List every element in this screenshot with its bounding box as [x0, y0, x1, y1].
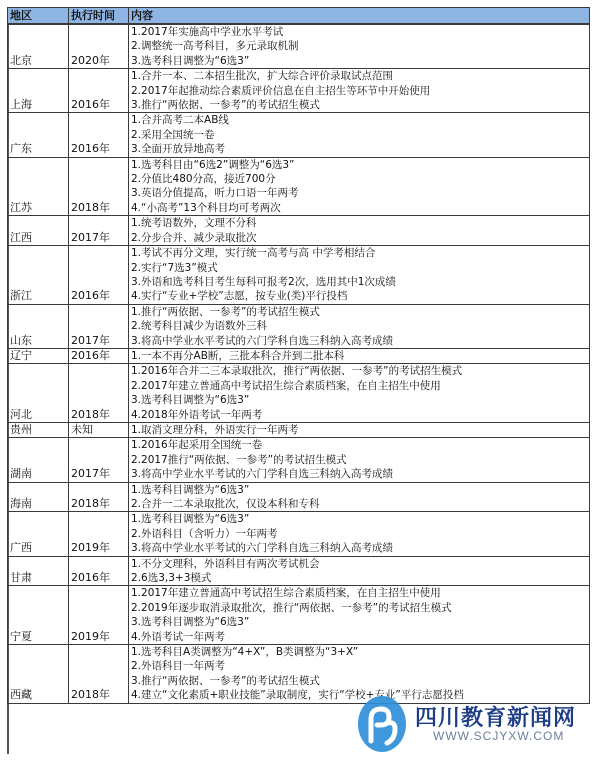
content-item: 1.2016年起采用全国统一卷 [131, 438, 587, 452]
cell-region: 广东 [8, 113, 69, 157]
cell-time: 2016年 [69, 246, 129, 305]
cell-region: 宁夏 [8, 586, 69, 645]
content-item: 2.分步合并、减少录取批次 [131, 231, 587, 245]
content-item: 3.推行“两依据、一参考”的考试招生模式 [131, 98, 587, 112]
content-item: 2.2017年建立普通高中考试招生综合素质档案，在自主招生中使用 [131, 379, 587, 393]
content-item: 3.选考科目调整为“6选3” [131, 393, 587, 407]
content-item: 2.外语科目一年两考 [131, 659, 587, 673]
cell-region: 广西 [8, 512, 69, 556]
content-item: 1.合并高考二本AB线 [131, 113, 587, 127]
content-item: 3.选考科目调整为“6选3” [131, 615, 587, 629]
content-item: 2.采用全国统一卷 [131, 128, 587, 142]
cell-region: 海南 [8, 482, 69, 512]
cell-content: 1.考试不再分文理，实行统一高考与高 中学考相结合2.实行“7选3”模式3.外语… [129, 246, 590, 305]
content-item: 2.2017年起推动综合素质评价信息在自主招生等环节中开始使用 [131, 84, 587, 98]
content-item: 1.考试不再分文理，实行统一高考与高 中学考相结合 [131, 246, 587, 260]
table-row: 宁夏2019年1.2017年建立普通高中考试招生综合素质档案，在自主招生中使用2… [8, 586, 590, 645]
cell-content: 1.2016年合并二三本录取批次，推行“两依据、一参考”的考试招生模式2.201… [129, 364, 590, 423]
cell-time: 2017年 [69, 216, 129, 246]
content-item: 3.将高中学业水平考试的六门学科自选三科纳入高考成绩 [131, 467, 587, 481]
table-body: 北京2020年1.2017年实施高中学业水平考试2.调整统一高考科目，多元录取机… [8, 24, 590, 703]
content-item: 1.2016年合并二三本录取批次，推行“两依据、一参考”的考试招生模式 [131, 364, 587, 378]
table-row: 海南2018年1.选考科目调整为“6选3”2.合并一二本录取批次，仅设本科和专科 [8, 482, 590, 512]
cell-content: 1.一本不再分AB断，三批本科合并到二批本科 [129, 348, 590, 363]
cell-content: 1.取消文理分科，外语实行一年两考 [129, 422, 590, 437]
table-row: 甘肃2016年1.不分文理科，外语科目有两次考试机会2.6选3,3+3模式 [8, 556, 590, 586]
content-item: 1.一本不再分AB断，三批本科合并到二批本科 [131, 349, 587, 363]
cell-time: 2017年 [69, 438, 129, 482]
header-time: 执行时间 [69, 8, 129, 25]
site-logo-icon [357, 695, 407, 753]
content-item: 4.实行“专业+学校”志愿，按专业(类)平行投档 [131, 289, 587, 303]
table-row: 河北2018年1.2016年合并二三本录取批次，推行“两依据、一参考”的考试招生… [8, 364, 590, 423]
cell-content: 1.选考科目由“6选2”调整为“6选3”2.分值比480分高，接近700分3.英… [129, 157, 590, 216]
cell-region: 贵州 [8, 422, 69, 437]
content-item: 3.全面开放异地高考 [131, 142, 587, 156]
content-item: 2.调整统一高考科目，多元录取机制 [131, 39, 587, 53]
cell-region: 山东 [8, 304, 69, 348]
cell-region: 河北 [8, 364, 69, 423]
header-content: 内容 [129, 8, 590, 25]
cell-time: 2018年 [69, 645, 129, 704]
content-item: 2.2019年逐步取消录取批次，推行“两依据、一参考”的考试招生模式 [131, 601, 587, 615]
content-item: 3.外语和选考科目考生每科可报考2次，选用其中1次成绩 [131, 275, 587, 289]
cell-time: 2016年 [69, 69, 129, 113]
watermark-title: 四川教育新闻网 [415, 701, 576, 732]
header-region: 地区 [8, 8, 69, 25]
table-row: 山东2017年1.推行“两依据、一参考”的考试招生模式2.统考科目减少为语数外三… [8, 304, 590, 348]
table-row: 江西2017年1.统考语数外，文理不分科2.分步合并、减少录取批次 [8, 216, 590, 246]
table-row: 广西2019年1.选考科目调整为“6选3”2.外语科目（含听力）一年两考3.将高… [8, 512, 590, 556]
cell-time: 2017年 [69, 304, 129, 348]
content-item: 1.选考科目A类调整为“4+X”，B类调整为“3+X” [131, 645, 587, 659]
cell-time: 2016年 [69, 348, 129, 363]
content-item: 1.选考科目调整为“6选3” [131, 512, 587, 526]
cell-region: 甘肃 [8, 556, 69, 586]
site-watermark: 四川教育新闻网 WWW.SCJYXW.COM [357, 693, 593, 757]
cell-time: 2018年 [69, 482, 129, 512]
table-row: 广东2016年1.合并高考二本AB线2.采用全国统一卷3.全面开放异地高考 [8, 113, 590, 157]
watermark-url: WWW.SCJYXW.COM [433, 729, 564, 743]
cell-content: 1.选考科目调整为“6选3”2.外语科目（含听力）一年两考3.将高中学业水平考试… [129, 512, 590, 556]
content-item: 3.选考科目调整为“6选3” [131, 54, 587, 68]
content-item: 3.英语分值提高，听力口语一年两考 [131, 186, 587, 200]
cell-region: 西藏 [8, 645, 69, 704]
table-row: 贵州未知1.取消文理分科，外语实行一年两考 [8, 422, 590, 437]
cell-region: 湖南 [8, 438, 69, 482]
table-row: 江苏2018年1.选考科目由“6选2”调整为“6选3”2.分值比480分高，接近… [8, 157, 590, 216]
content-item: 2.6选3,3+3模式 [131, 571, 587, 585]
cell-content: 1.统考语数外，文理不分科2.分步合并、减少录取批次 [129, 216, 590, 246]
cell-content: 1.选考科目调整为“6选3”2.合并一二本录取批次，仅设本科和专科 [129, 482, 590, 512]
content-item: 1.统考语数外，文理不分科 [131, 216, 587, 230]
content-item: 4.外语考试一年两考 [131, 630, 587, 644]
cell-time: 未知 [69, 422, 129, 437]
content-item: 2.2017推行“两依据、一参考”的考试招生模式 [131, 453, 587, 467]
content-item: 2.外语科目（含听力）一年两考 [131, 527, 587, 541]
cell-region: 浙江 [8, 246, 69, 305]
table-row: 浙江2016年1.考试不再分文理，实行统一高考与高 中学考相结合2.实行“7选3… [8, 246, 590, 305]
cell-content: 1.推行“两依据、一参考”的考试招生模式2.统考科目减少为语数外三科3.将高中学… [129, 304, 590, 348]
cell-region: 江西 [8, 216, 69, 246]
content-item: 1.2017年实施高中学业水平考试 [131, 25, 587, 39]
content-item: 1.2017年建立普通高中考试招生综合素质档案，在自主招生中使用 [131, 586, 587, 600]
table-row: 北京2020年1.2017年实施高中学业水平考试2.调整统一高考科目，多元录取机… [8, 24, 590, 69]
content-item: 4.“小高考”13个科目均可考两次 [131, 201, 587, 215]
cell-content: 1.2017年建立普通高中考试招生综合素质档案，在自主招生中使用2.2019年逐… [129, 586, 590, 645]
cell-content: 1.合并一本、二本招生批次，扩大综合评价录取试点范围2.2017年起推动综合素质… [129, 69, 590, 113]
table-row: 湖南2017年1.2016年起采用全国统一卷2.2017推行“两依据、一参考”的… [8, 438, 590, 482]
cell-time: 2016年 [69, 113, 129, 157]
cell-region: 上海 [8, 69, 69, 113]
content-item: 1.不分文理科，外语科目有两次考试机会 [131, 557, 587, 571]
content-item: 2.分值比480分高，接近700分 [131, 172, 587, 186]
content-item: 3.将高中学业水平考试的六门学科自选三科纳入高考成绩 [131, 334, 587, 348]
content-item: 2.合并一二本录取批次，仅设本科和专科 [131, 497, 587, 511]
content-item: 1.选考科目由“6选2”调整为“6选3” [131, 158, 587, 172]
content-item: 1.选考科目调整为“6选3” [131, 483, 587, 497]
cell-time: 2019年 [69, 586, 129, 645]
table-row: 辽宁2016年1.一本不再分AB断，三批本科合并到二批本科 [8, 348, 590, 363]
content-item: 3.推行“两依据、一参考”的考试招生模式 [131, 674, 587, 688]
content-item: 1.推行“两依据、一参考”的考试招生模式 [131, 305, 587, 319]
cell-time: 2018年 [69, 157, 129, 216]
cell-time: 2020年 [69, 24, 129, 69]
content-item: 2.实行“7选3”模式 [131, 261, 587, 275]
cell-time: 2016年 [69, 556, 129, 586]
cell-content: 1.合并高考二本AB线2.采用全国统一卷3.全面开放异地高考 [129, 113, 590, 157]
content-item: 4.2018年外语考试一年两考 [131, 408, 587, 422]
cell-region: 江苏 [8, 157, 69, 216]
cell-time: 2019年 [69, 512, 129, 556]
table-header-row: 地区 执行时间 内容 [8, 8, 590, 25]
content-item: 3.将高中学业水平考试的六门学科自选三科纳入高考成绩 [131, 541, 587, 555]
cell-content: 1.2016年起采用全国统一卷2.2017推行“两依据、一参考”的考试招生模式3… [129, 438, 590, 482]
content-item: 1.合并一本、二本招生批次，扩大综合评价录取试点范围 [131, 69, 587, 83]
content-item: 2.统考科目减少为语数外三科 [131, 319, 587, 333]
cell-region: 辽宁 [8, 348, 69, 363]
cell-content: 1.2017年实施高中学业水平考试2.调整统一高考科目，多元录取机制3.选考科目… [129, 24, 590, 69]
gaokao-reform-table: 地区 执行时间 内容 北京2020年1.2017年实施高中学业水平考试2.调整统… [7, 7, 590, 704]
content-item: 1.取消文理分科，外语实行一年两考 [131, 423, 587, 437]
cell-time: 2018年 [69, 364, 129, 423]
cell-content: 1.不分文理科，外语科目有两次考试机会2.6选3,3+3模式 [129, 556, 590, 586]
table-row: 上海2016年1.合并一本、二本招生批次，扩大综合评价录取试点范围2.2017年… [8, 69, 590, 113]
cell-region: 北京 [8, 24, 69, 69]
